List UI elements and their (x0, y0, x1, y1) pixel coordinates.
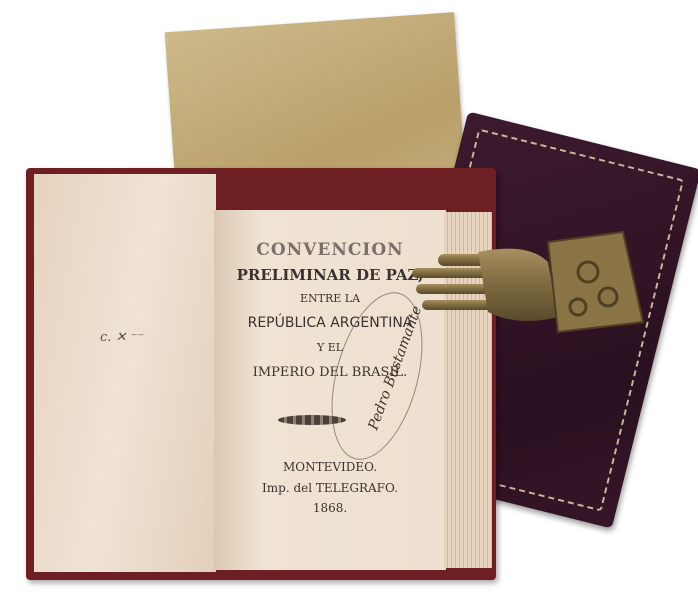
imprint-year: 1868. (214, 501, 446, 515)
imprint-place: MONTEVIDEO. (214, 460, 446, 474)
left-page (34, 174, 216, 572)
photo: ᴄ. ✕ ⁻⁻ CONVENCION PRELIMINAR DE PAZ, EN… (0, 0, 698, 604)
left-page-note: ᴄ. ✕ ⁻⁻ (100, 330, 144, 345)
imprint-printer: Imp. del TELEGRAFO. (214, 481, 446, 495)
brass-hand-clip-icon (408, 212, 648, 342)
